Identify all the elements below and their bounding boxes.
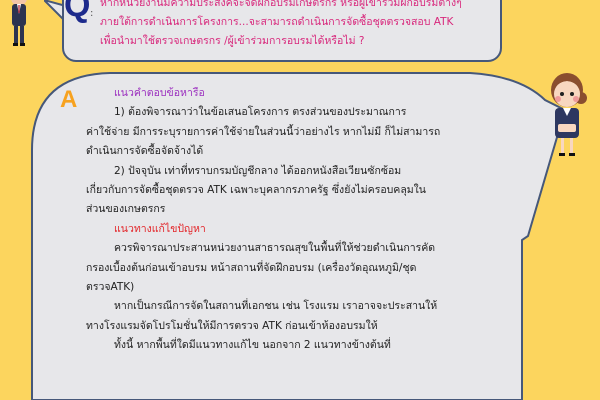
solution1-line: ตรวจATK) [86, 278, 516, 297]
answer-content: แนวคำตอบข้อหารือ 1) ต้องพิจารณาว่าในข้อเ… [86, 84, 516, 356]
question-colon: : [90, 8, 93, 19]
solution-heading: แนวทางแก้ไขปัญหา [86, 220, 516, 239]
question-line: ภายใต้การดำเนินการโครงการ...จะสามารถดำเน… [100, 13, 500, 32]
answer-heading: แนวคำตอบข้อหารือ [86, 84, 516, 103]
solution2-line: หากเป็นกรณีการจัดในสถานที่เอกชน เช่น โรง… [86, 297, 516, 316]
question-line: หากหน่วยงานมีความประสงค์จะจัดฝึกอบรมเกษต… [100, 0, 500, 13]
solution2-line: ทางโรงแรมจัดโปรโมชั่นให้มีการตรวจ ATK ก่… [86, 317, 516, 336]
question-line: เพื่อนำมาใช้ตรวจเกษตรกร /ผู้เข้าร่วมการอ… [100, 32, 500, 51]
question-letter: Q [64, 0, 90, 25]
solution3-line: ทั้งนี้ หากพื้นที่ใดมีแนวทางแก้ไข นอกจาก… [86, 336, 516, 355]
solution1-line: กรองเบื้องต้นก่อนเข้าอบรม หน้าสถานที่จัด… [86, 259, 516, 278]
answer-point2-line: 2) ปัจจุบัน เท่าที่ทราบกรมบัญชีกลาง ได้อ… [86, 162, 516, 181]
answer-point1-line: ค่าใช้จ่าย มีการระบุรายการค่าใช้จ่ายในส่… [86, 123, 516, 142]
answer-point2-line: เกี่ยวกับการจัดซื้อชุดตรวจ ATK เฉพาะบุคล… [86, 181, 516, 200]
answer-point1-line: 1) ต้องพิจารณาว่าในข้อเสนอโครงการ ตรงส่ว… [86, 103, 516, 122]
woman-in-suit-icon [545, 68, 589, 164]
man-in-suit-icon [6, 0, 32, 48]
answer-point2-line: ส่วนของเกษตรกร [86, 200, 516, 219]
answer-letter: A [60, 86, 77, 114]
answer-point1-line: ดำเนินการจัดซื้อจัดจ้างได้ [86, 142, 516, 161]
solution1-line: ควรพิจารณาประสานหน่วยงานสาธารณสุขในพื้นท… [86, 239, 516, 258]
question-text: หากหน่วยงานมีความประสงค์จะจัดฝึกอบรมเกษต… [100, 0, 500, 51]
